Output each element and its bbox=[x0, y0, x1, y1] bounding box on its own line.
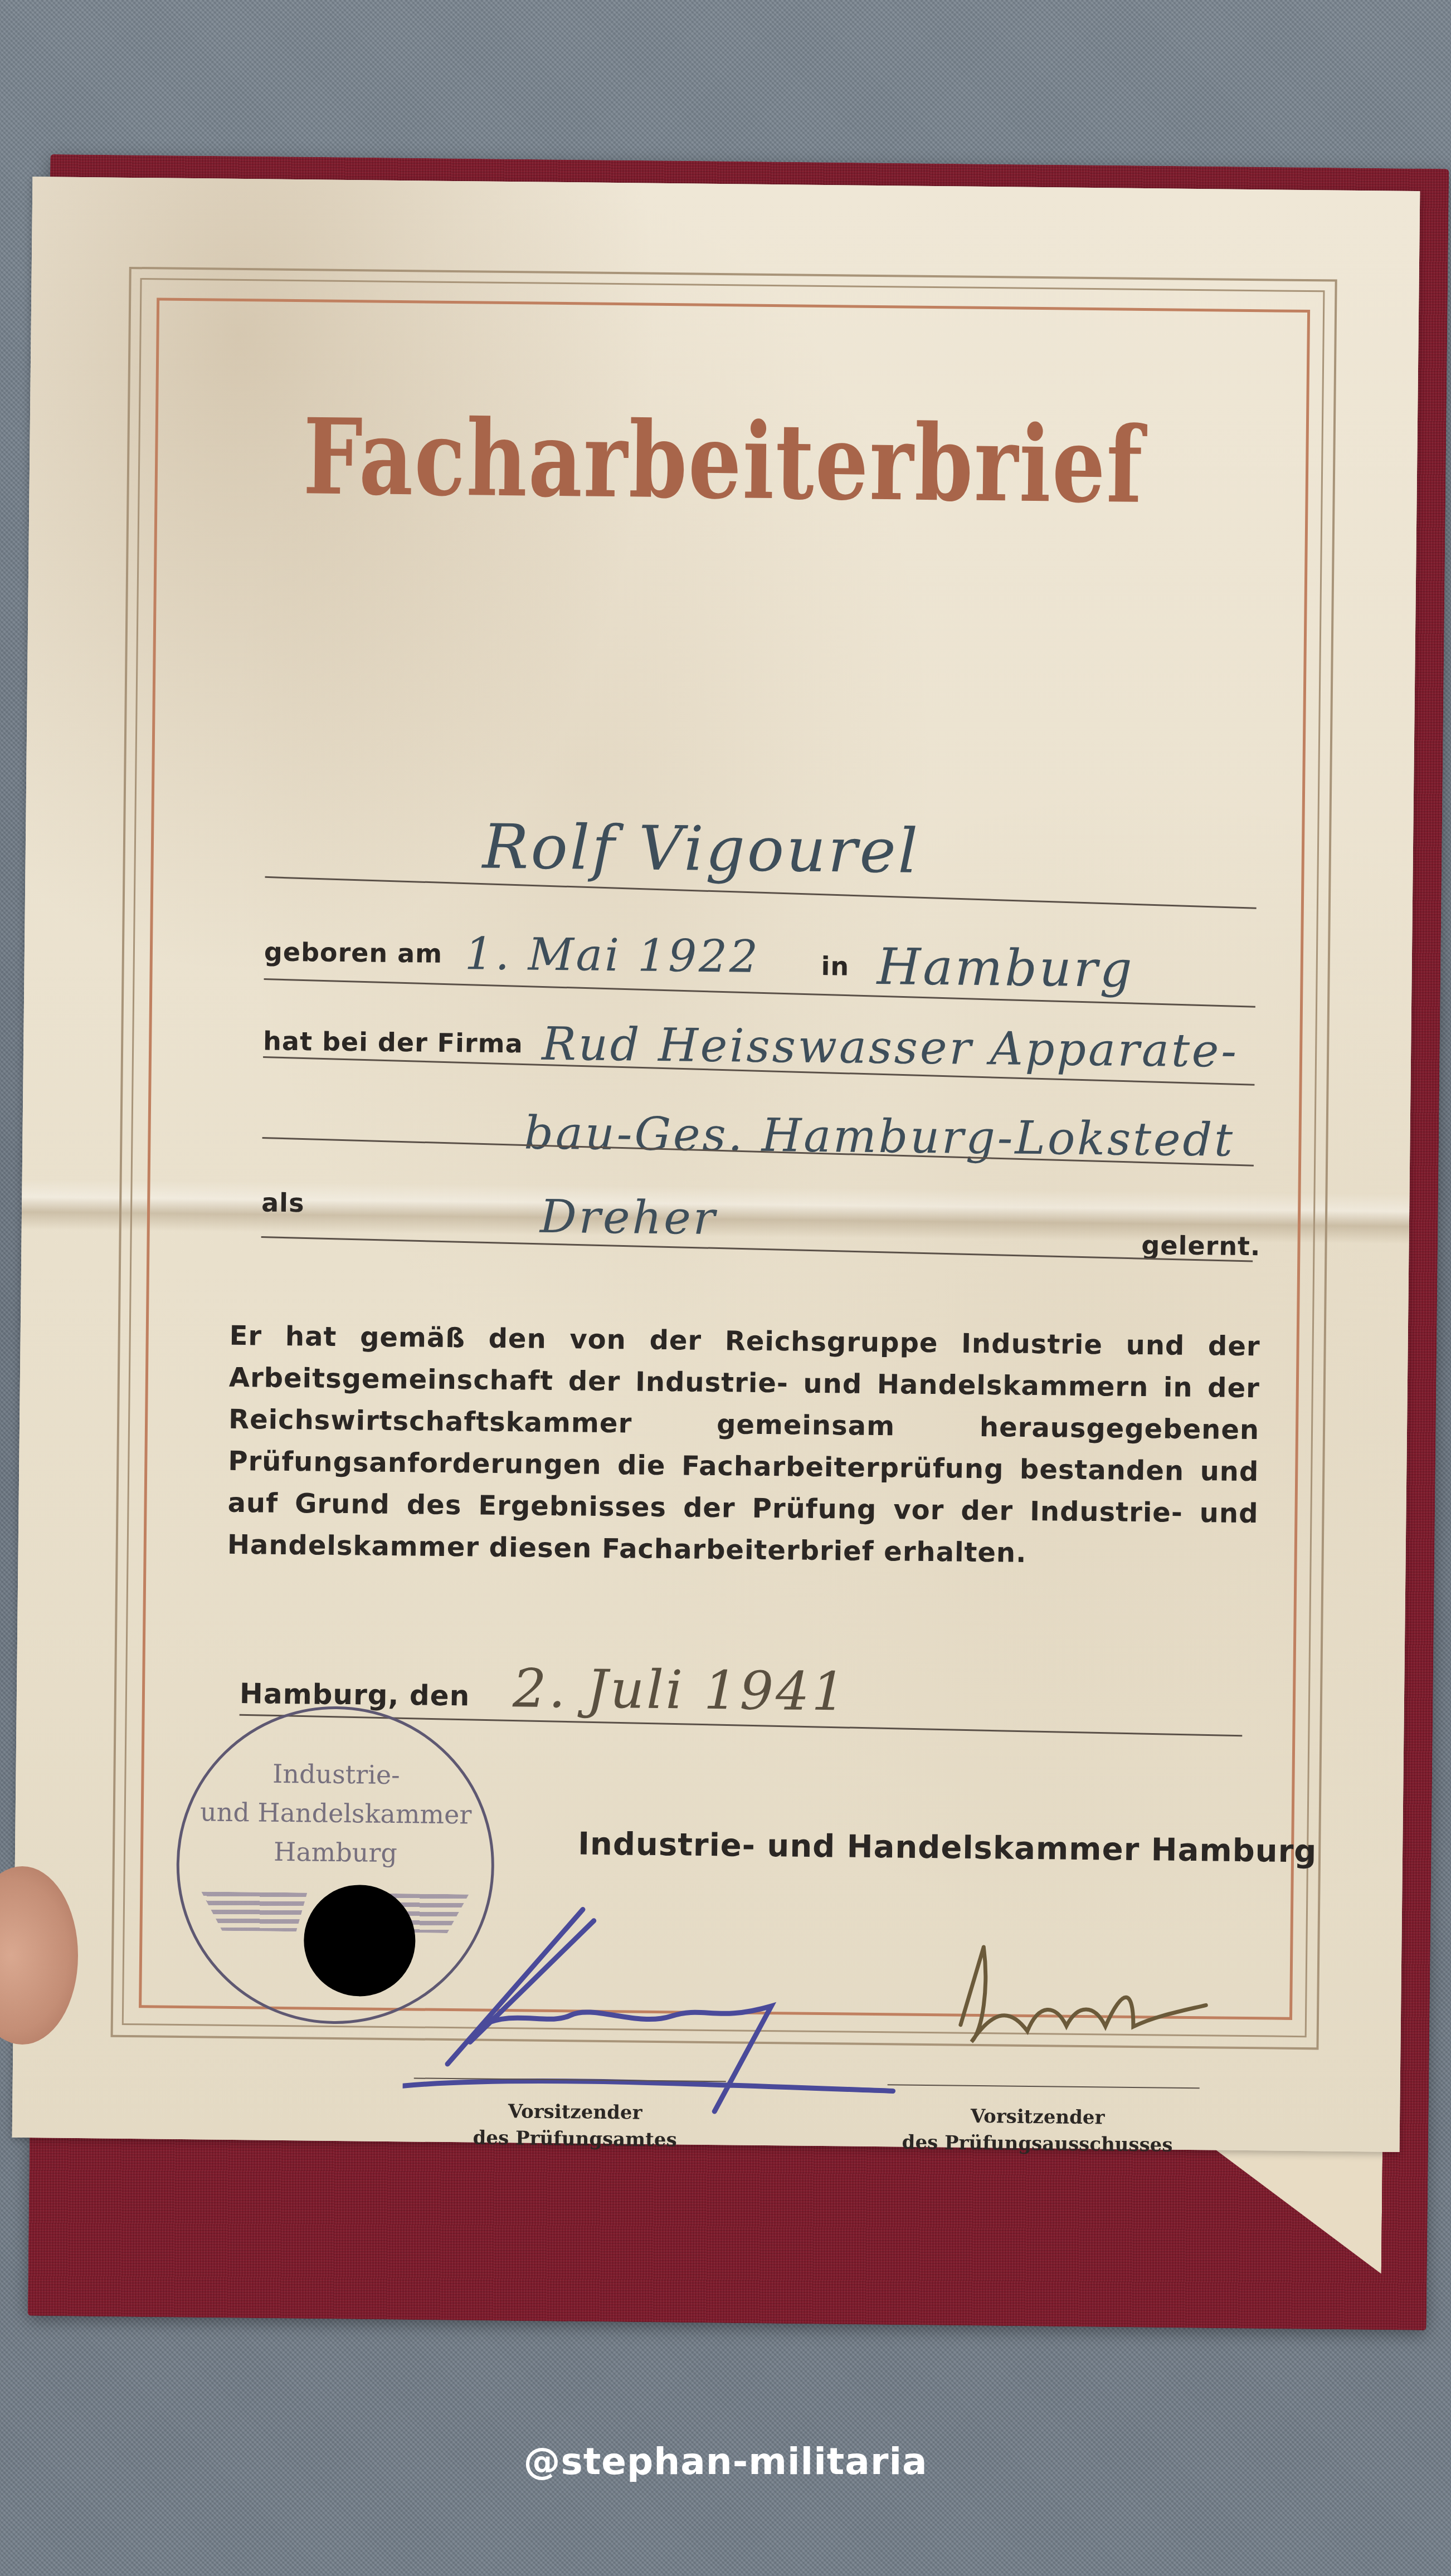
signature-1-caption: Vorsitzender des Prüfungsamtes bbox=[446, 2097, 703, 2154]
certificate-page: Facharbeiterbrief Rolf Vigourel geboren … bbox=[12, 177, 1420, 2152]
stamp-line-2: und Handelskammer bbox=[179, 1797, 492, 1830]
signature-2-caption-line-2: des Prüfungsausschusses bbox=[881, 2129, 1193, 2159]
issuer-name: Industrie- und Handelskammer Hamburg bbox=[578, 1826, 1317, 1870]
eagle-wing-left-icon bbox=[201, 1891, 308, 1931]
signature-1-icon bbox=[402, 1896, 906, 2124]
redaction-circle bbox=[303, 1884, 416, 1997]
birth-place: Hamburg bbox=[877, 938, 1134, 999]
firm-label: hat bei der Firma bbox=[263, 1026, 523, 1058]
signature-2-caption-line-1: Vorsitzender bbox=[882, 2102, 1194, 2132]
firm-line-2: bau-Ges. Hamburg-Lokstedt bbox=[524, 1106, 1235, 1167]
birth-in-label: in bbox=[821, 951, 849, 982]
certificate-body-text: Er hat gemäß den von der Reichsgruppe In… bbox=[227, 1315, 1260, 1577]
stamp-line-3: Hamburg bbox=[179, 1836, 492, 1869]
trade-suffix: gelernt. bbox=[1141, 1230, 1261, 1261]
firm-line-1: Rud Heisswasser Apparate- bbox=[542, 1018, 1239, 1078]
birth-label: geboren am bbox=[264, 936, 443, 968]
issue-date: 2. Juli 1941 bbox=[513, 1658, 848, 1723]
signature-2-icon bbox=[949, 1941, 1229, 2089]
document-title: Facharbeiterbrief bbox=[29, 393, 1418, 530]
trade-value: Dreher bbox=[539, 1191, 717, 1245]
signature-2-caption: Vorsitzender des Prüfungsausschusses bbox=[881, 2102, 1194, 2159]
signature-1-caption-line-2: des Prüfungsamtes bbox=[446, 2124, 703, 2154]
watermark-text: @stephan-militaria bbox=[0, 2440, 1451, 2483]
birth-date: 1. Mai 1922 bbox=[464, 928, 760, 983]
stamp-line-1: Industrie- bbox=[180, 1758, 493, 1791]
signature-1-caption-line-1: Vorsitzender bbox=[447, 2097, 703, 2127]
holder-name: Rolf Vigourel bbox=[482, 811, 920, 887]
trade-label: als bbox=[261, 1187, 305, 1218]
